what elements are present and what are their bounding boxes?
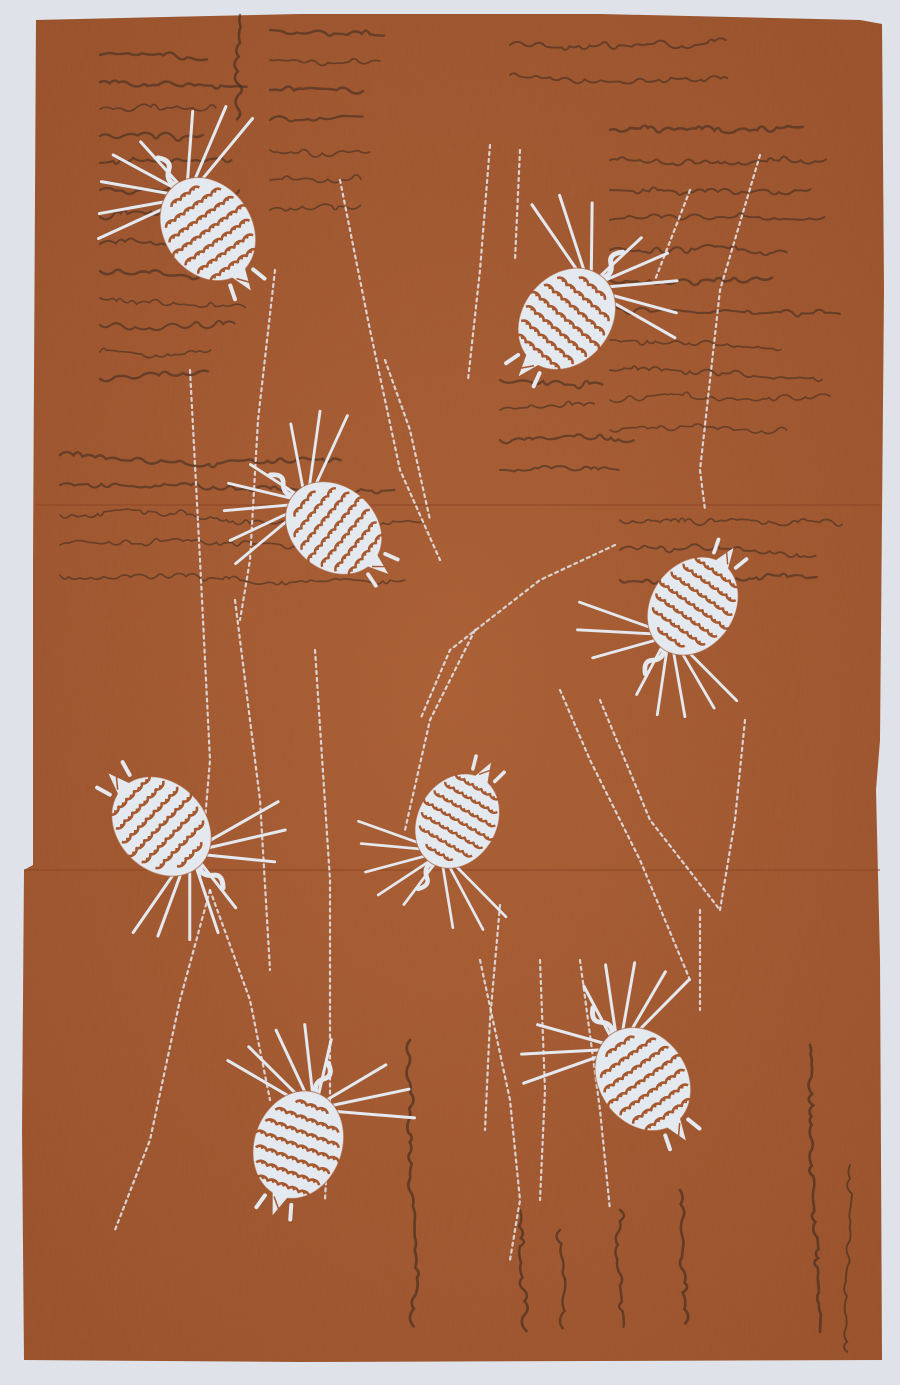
katagami-stencil: [0, 0, 900, 1385]
paper-texture: [22, 14, 884, 1362]
paper-sheet: [22, 14, 884, 1362]
photo-stage: [0, 0, 900, 1385]
